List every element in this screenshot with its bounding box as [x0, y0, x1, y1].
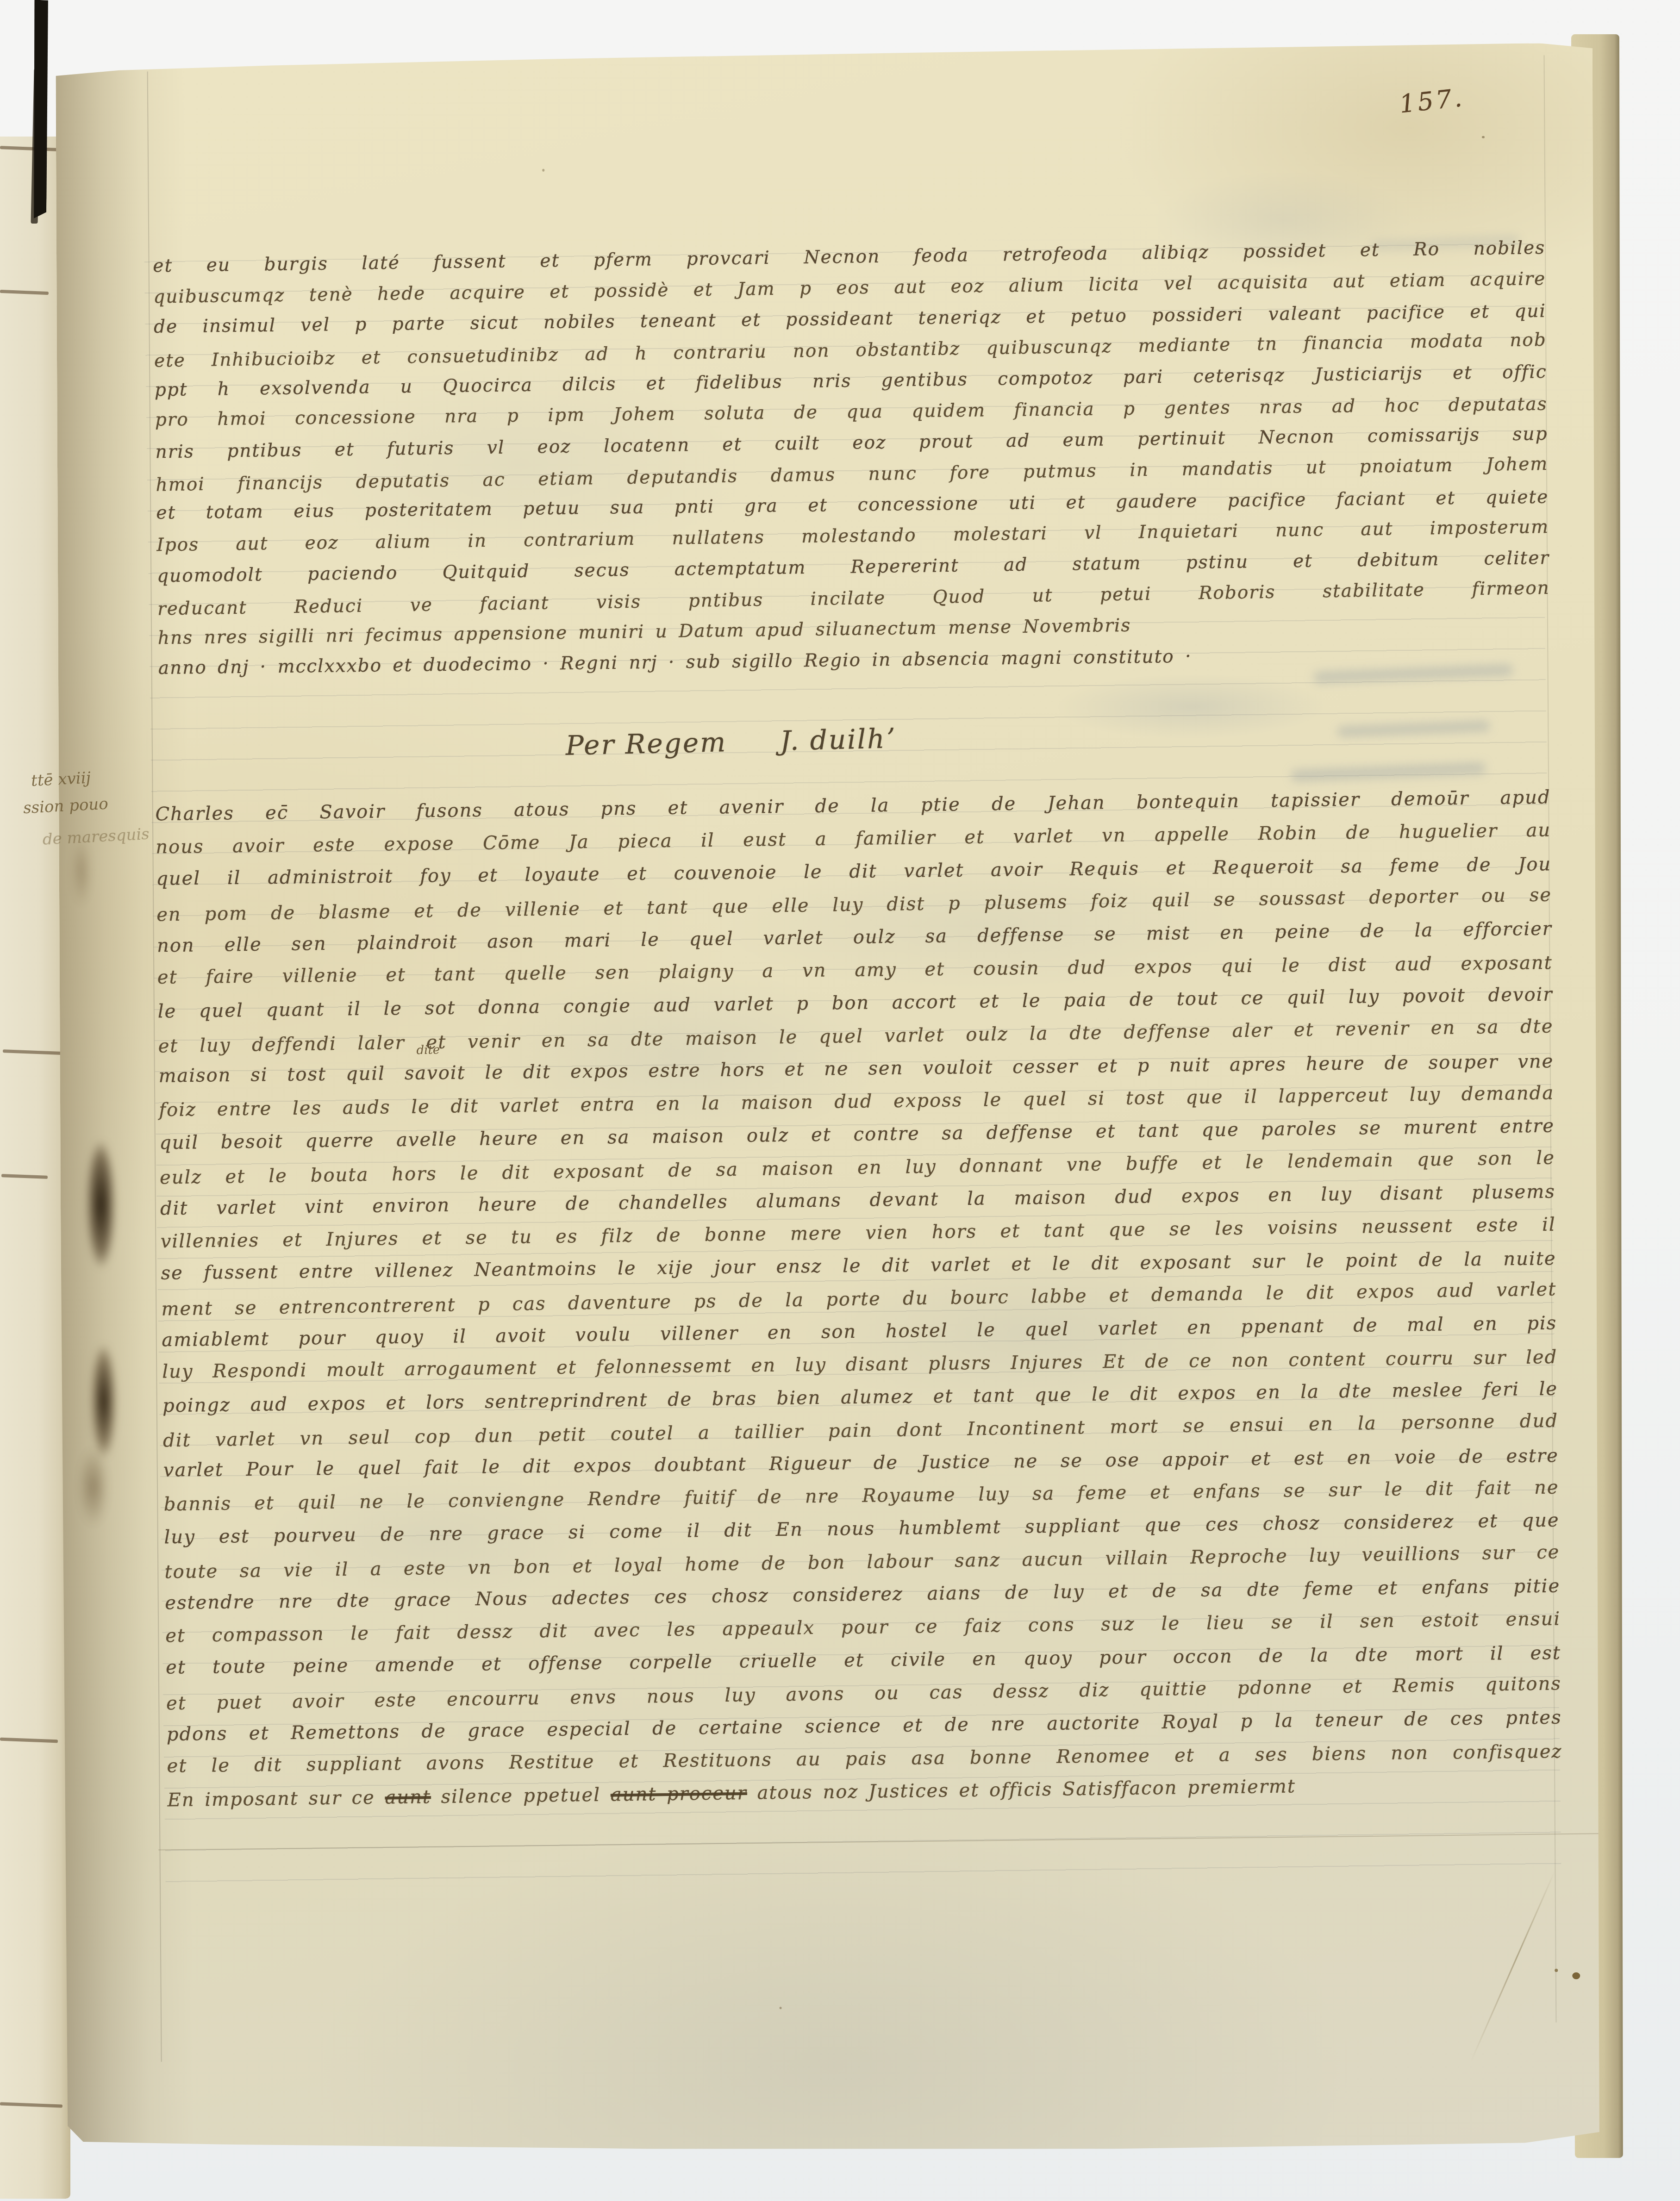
- struck-out-word: aunt: [385, 1786, 431, 1808]
- stain-speck: [217, 1241, 221, 1246]
- struck-out-word: aunt proceur: [611, 1783, 747, 1806]
- line-text: En imposant sur ce: [167, 1787, 385, 1811]
- interline-insertion: dite: [416, 1043, 440, 1057]
- parchment-crease: [1470, 1871, 1555, 2062]
- folio-number: 157.: [1398, 83, 1466, 119]
- manuscript-photo: 157. et eu burgis laté fussent et pferm …: [0, 0, 1680, 2201]
- latin-charter-block: et eu burgis laté fussent et pferm provc…: [153, 232, 1551, 685]
- stain-speck: [1482, 136, 1485, 138]
- ink-blot: [1555, 1969, 1558, 1972]
- french-letter-block: Charles ec̄ Savoir fusons atous pns et a…: [155, 781, 1563, 1817]
- stain-speck: [542, 169, 544, 172]
- ink-blot: [1572, 1972, 1580, 1979]
- marginal-note-line: ttē xviij: [31, 768, 91, 790]
- chancery-signature: J. duilhʼ: [780, 723, 896, 756]
- line-text: atous noz Justices et officis Satisffaco…: [747, 1776, 1296, 1803]
- manuscript-page: 157. et eu burgis laté fussent et pferm …: [56, 43, 1602, 2153]
- french-lines: Charles ec̄ Savoir fusons atous pns et a…: [155, 781, 1562, 1784]
- stain-speck: [780, 2007, 782, 2009]
- line-text: silence ppetuel: [431, 1784, 611, 1808]
- burn-mark: [78, 1447, 108, 1526]
- per-regem-formula: Per Regem: [565, 726, 727, 761]
- latin-lines: et eu burgis laté fussent et pferm provc…: [153, 232, 1550, 623]
